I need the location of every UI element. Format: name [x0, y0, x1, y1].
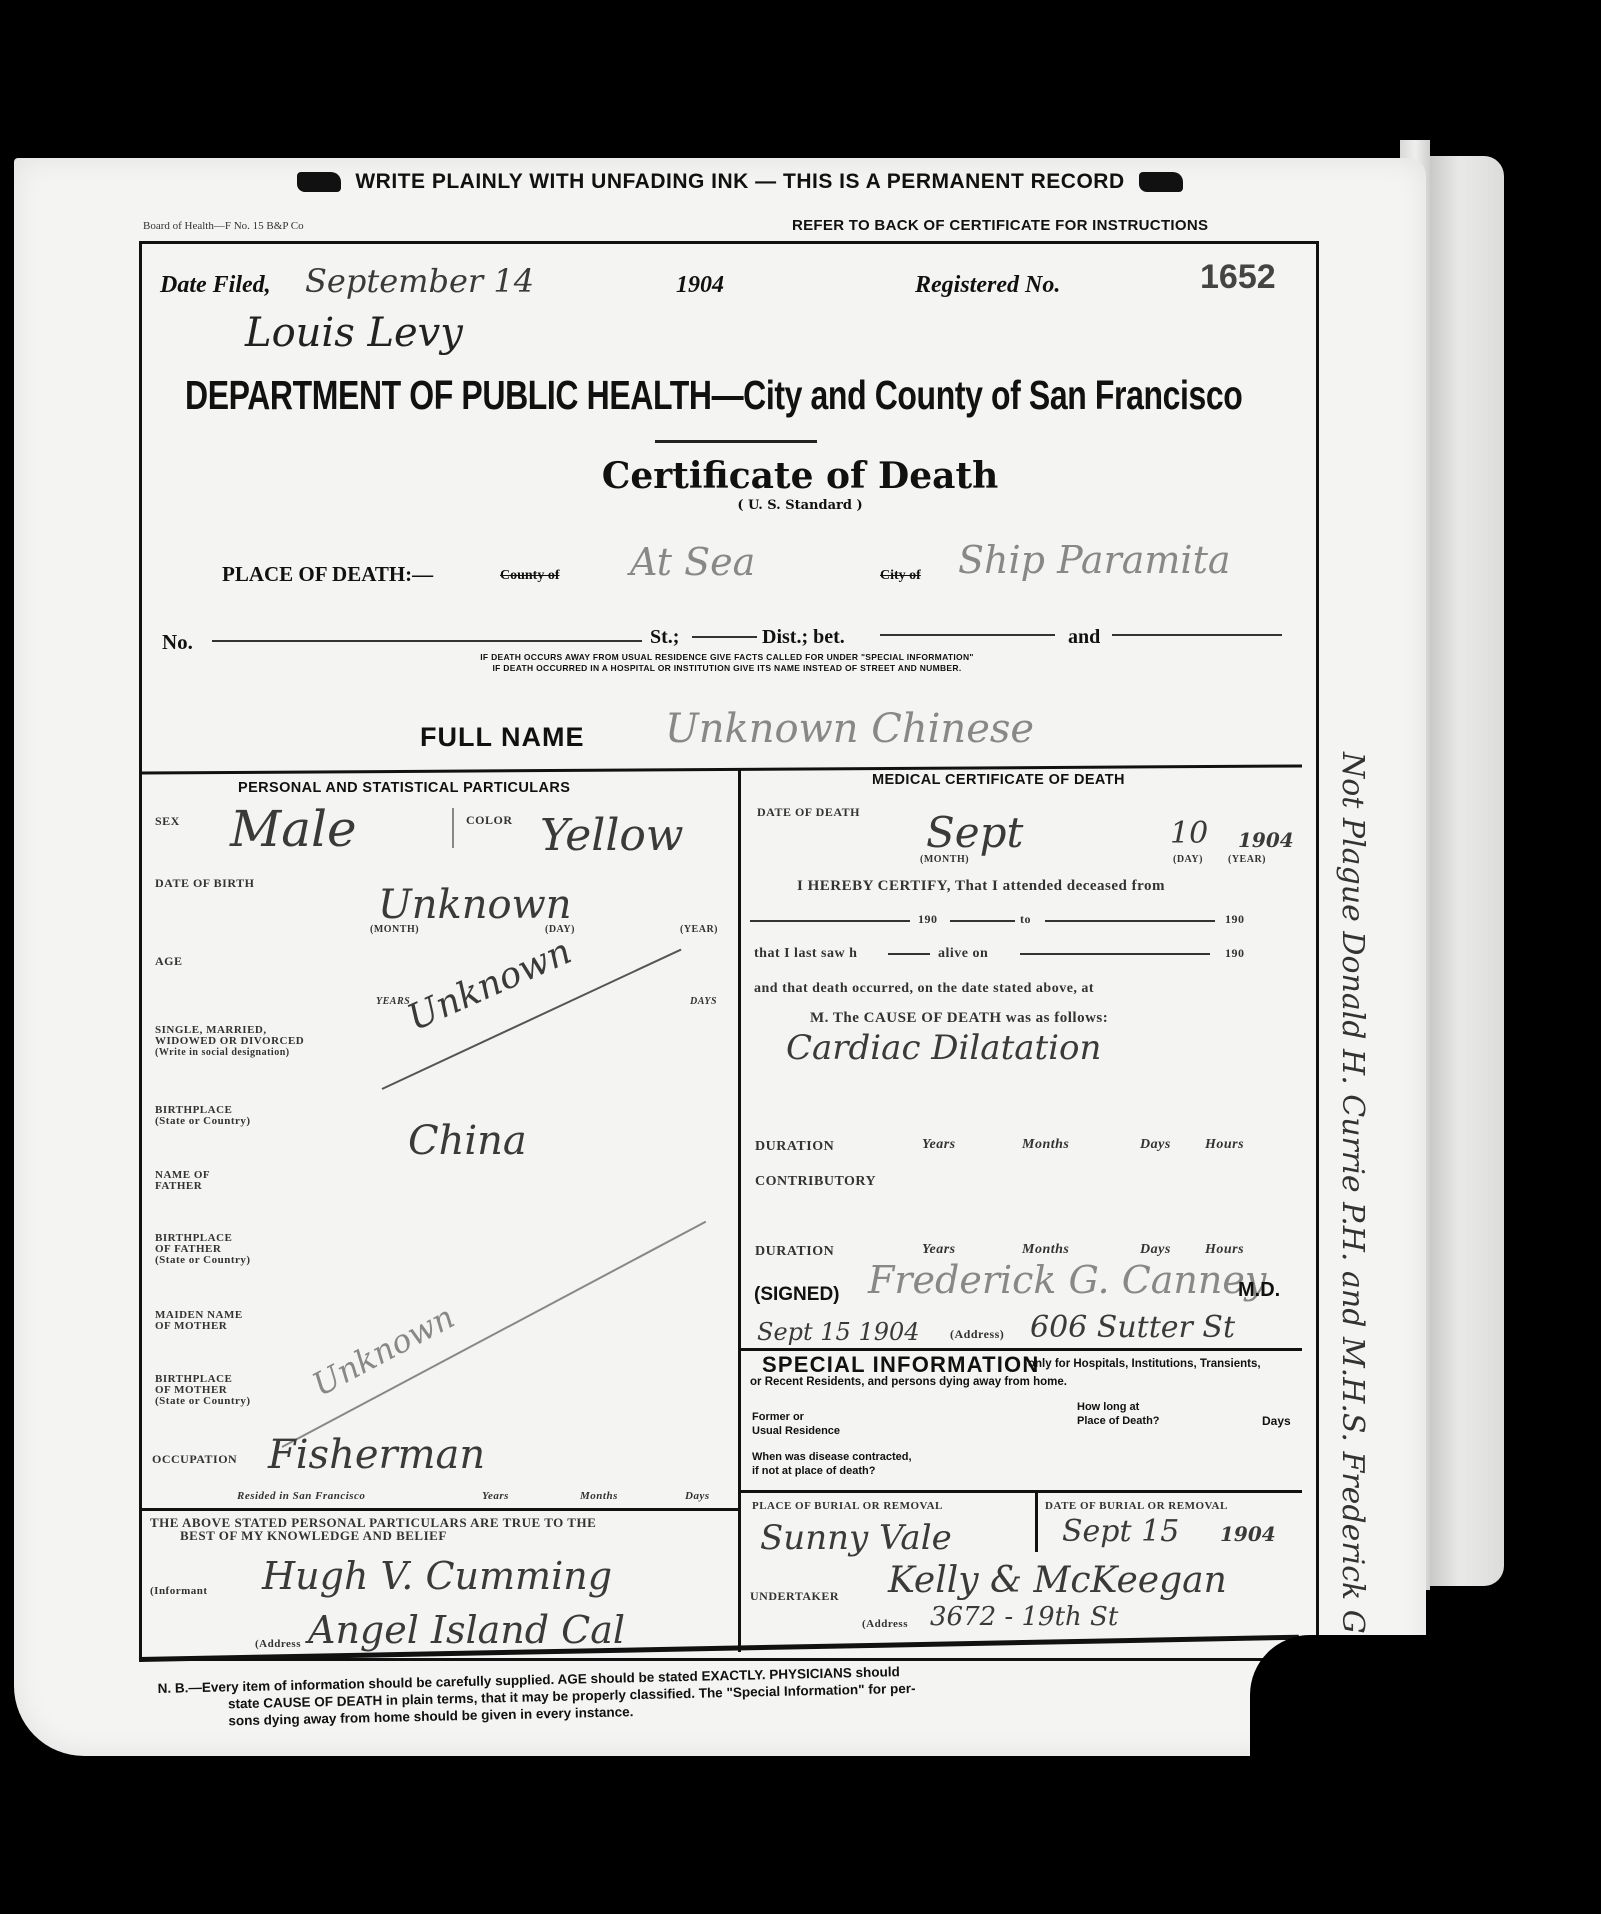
dob-label: DATE OF BIRTH	[155, 877, 254, 890]
department-title: DEPARTMENT OF PUBLIC HEALTH—City and Cou…	[185, 372, 1242, 419]
last-saw-text: that I last saw h	[754, 947, 857, 960]
attended-from-line	[750, 920, 910, 922]
md-label: M.D.	[1238, 1279, 1280, 1302]
burial-date-label: DATE of BURIAL or REMOVAL	[1045, 1500, 1228, 1513]
county-value: At Sea	[630, 540, 755, 584]
street-no-line	[212, 640, 642, 642]
burial-place-value: Sunny Vale	[760, 1518, 952, 1558]
physician-address-label: (Address)	[950, 1328, 1004, 1341]
street-label: St.;	[650, 626, 679, 649]
and-line	[1112, 634, 1282, 636]
date-filed-label: Date Filed,	[160, 272, 271, 299]
death-day-label: (Day)	[1173, 853, 1203, 866]
undertaker-address: 3672 - 19th St	[930, 1602, 1118, 1632]
attended-to-year: 190	[1225, 913, 1245, 926]
color-value: Yellow	[540, 810, 684, 861]
father-name-label: NAME OF FATHER	[155, 1170, 210, 1192]
registered-label: Registered No.	[915, 272, 1060, 299]
banner-text: WRITE PLAINLY WITH UNFADING INK — THIS I…	[355, 170, 1124, 193]
special-divider	[740, 1348, 1302, 1351]
margin-note: Not Plague Donald H. Currie P.H. and M.H…	[1370, 752, 1430, 1602]
dob-year-label: (Year)	[680, 923, 718, 936]
mother-birthplace-label: BIRTHPLACE OF MOTHER (State or Country)	[155, 1374, 251, 1407]
informant-attestation: THE ABOVE STATED PERSONAL PARTICULARS AR…	[150, 1516, 596, 1542]
informant-address-label: (Address	[255, 1638, 301, 1651]
physician-address: 606 Sutter St	[1030, 1310, 1235, 1345]
county-label: County of	[500, 568, 560, 584]
death-month: Sept	[926, 808, 1023, 857]
undertaker-value: Kelly & McKeegan	[888, 1560, 1227, 1601]
alive-on-line	[1020, 953, 1210, 955]
place-instructions: IF DEATH OCCURS AWAY FROM USUAL RESIDENC…	[292, 652, 1162, 674]
undertaker-address-label: (Address	[862, 1618, 908, 1631]
burial-date-value: Sept 15	[1062, 1514, 1179, 1549]
contributory-label: CONTRIBUTORY	[755, 1175, 876, 1188]
former-residence-label: Former or Usual Residence	[752, 1410, 840, 1438]
resided-label: Resided in San Francisco	[237, 1490, 365, 1503]
death-occurred-text: and that death occurred, on the date sta…	[754, 982, 1094, 995]
burial-date-year: 1904	[1220, 1522, 1276, 1546]
burial-place-label: PLACE OF BURIAL OR REMOVAL	[752, 1500, 943, 1513]
special-note-2: or Recent Residents, and persons dying a…	[750, 1376, 1067, 1388]
informant-address: Angel Island Cal	[308, 1608, 625, 1652]
duration-years-2: Years	[922, 1243, 956, 1256]
mother-maiden-label: MAIDEN NAME OF MOTHER	[155, 1310, 243, 1332]
birthplace-value: China	[408, 1118, 527, 1164]
banner: WRITE PLAINLY WITH UNFADING INK — THIS I…	[200, 170, 1280, 194]
occupation-label: OCCUPATION	[152, 1453, 237, 1466]
informant-name: Hugh V. Cumming	[262, 1554, 612, 1598]
burial-column-divider	[1035, 1492, 1038, 1552]
informant-label: (Informant	[150, 1585, 208, 1598]
duration-hours-2: Hours	[1205, 1243, 1244, 1256]
signed-label: (SIGNED)	[754, 1284, 840, 1306]
certify-text: I HEREBY CERTIFY, That I attended deceas…	[797, 880, 1165, 893]
age-label: AGE	[155, 955, 183, 968]
pointing-hand-icon	[1139, 172, 1183, 192]
pronoun-line	[888, 953, 930, 955]
district-label: Dist.; bet.	[762, 626, 845, 649]
duration-label-2: DURATION	[755, 1245, 834, 1258]
death-year: 1904	[1238, 828, 1294, 852]
age-days-label: Days	[690, 995, 717, 1008]
sex-color-divider	[452, 808, 454, 848]
attended-mid-line	[950, 920, 1015, 922]
physician-signature: Frederick G. Canney	[868, 1258, 1266, 1302]
attended-from-year: 190	[918, 913, 938, 926]
to-label: to	[1020, 913, 1031, 926]
resided-years-label: Years	[482, 1490, 509, 1503]
how-long-label: How long at Place of Death?	[1077, 1400, 1160, 1428]
duration-years: Years	[922, 1138, 956, 1151]
title-divider	[655, 440, 817, 443]
personal-heading: PERSONAL AND STATISTICAL PARTICULARS	[238, 780, 570, 796]
attended-to-line	[1045, 920, 1215, 922]
form-number: Board of Health—F No. 15 B&P Co	[143, 220, 304, 232]
duration-days: Days	[1140, 1138, 1171, 1151]
birthplace-label: BIRTHPLACE (State or Country)	[155, 1105, 251, 1127]
and-label: and	[1068, 626, 1100, 649]
sex-label: SEX	[155, 815, 180, 828]
district-line	[880, 634, 1055, 636]
resided-days-label: Days	[685, 1490, 710, 1503]
cause-of-death-value: Cardiac Dilatation	[786, 1028, 1101, 1068]
signed-date: Sept 15 1904	[757, 1318, 920, 1346]
city-label: City of	[880, 568, 921, 584]
pointing-hand-icon	[297, 172, 341, 192]
dob-value: Unknown	[378, 882, 572, 928]
date-of-death-label: DATE OF DEATH	[757, 806, 860, 819]
scan-shadow	[1250, 1635, 1440, 1905]
occupation-value: Fisherman	[268, 1432, 485, 1478]
color-label: COLOR	[466, 814, 513, 827]
registrar-signature: Louis Levy	[245, 310, 463, 356]
death-month-label: (Month)	[920, 853, 969, 866]
burial-divider	[740, 1490, 1302, 1493]
column-divider	[738, 770, 741, 1652]
date-filed-value: September 14	[305, 262, 534, 300]
street-line	[692, 636, 757, 638]
marital-label: SINGLE, MARRIED, WIDOWED OR DIVORCED (Wr…	[155, 1025, 304, 1058]
duration-label: DURATION	[755, 1140, 834, 1153]
refer-note: REFER TO BACK OF CERTIFICATE FOR INSTRUC…	[792, 217, 1208, 234]
undertaker-label: UNDERTAKER	[750, 1590, 839, 1603]
certificate-title: Certificate of Death	[0, 455, 1600, 497]
place-of-death-label: PLACE OF DEATH:—	[222, 562, 433, 587]
special-note: only for Hospitals, Institutions, Transi…	[1028, 1358, 1303, 1370]
duration-months: Months	[1022, 1138, 1069, 1151]
death-day: 10	[1170, 816, 1208, 851]
how-long-days-label: Days	[1262, 1414, 1291, 1428]
standard-subtitle: ( U. S. Standard )	[0, 498, 1600, 513]
informant-divider	[142, 1508, 739, 1511]
medical-heading: MEDICAL CERTIFICATE OF DEATH	[872, 772, 1125, 788]
dob-month-label: (Month)	[370, 923, 419, 936]
alive-on-year: 190	[1225, 947, 1245, 960]
city-value: Ship Paramita	[958, 538, 1231, 582]
duration-hours: Hours	[1205, 1138, 1244, 1151]
full-name-label: FULL NAME	[420, 722, 585, 753]
death-year-label: (Year)	[1228, 853, 1266, 866]
street-no-label: No.	[162, 630, 193, 655]
duration-days-2: Days	[1140, 1243, 1171, 1256]
contracted-label: When was disease contracted, if not at p…	[752, 1450, 912, 1478]
special-heading: SPECIAL INFORMATION	[762, 1352, 1039, 1378]
date-filed-year: 1904	[676, 272, 724, 299]
registered-number: 1652	[1200, 258, 1276, 297]
cause-intro: M. The CAUSE OF DEATH was as follows:	[810, 1012, 1108, 1025]
alive-on-text: alive on	[938, 947, 988, 960]
resided-months-label: Months	[580, 1490, 618, 1503]
father-birthplace-label: BIRTHPLACE OF FATHER (State or Country)	[155, 1233, 251, 1266]
duration-months-2: Months	[1022, 1243, 1069, 1256]
sex-value: Male	[230, 800, 357, 858]
adjacent-page-edge	[1430, 156, 1504, 1586]
full-name-value: Unknown Chinese	[665, 706, 1034, 752]
